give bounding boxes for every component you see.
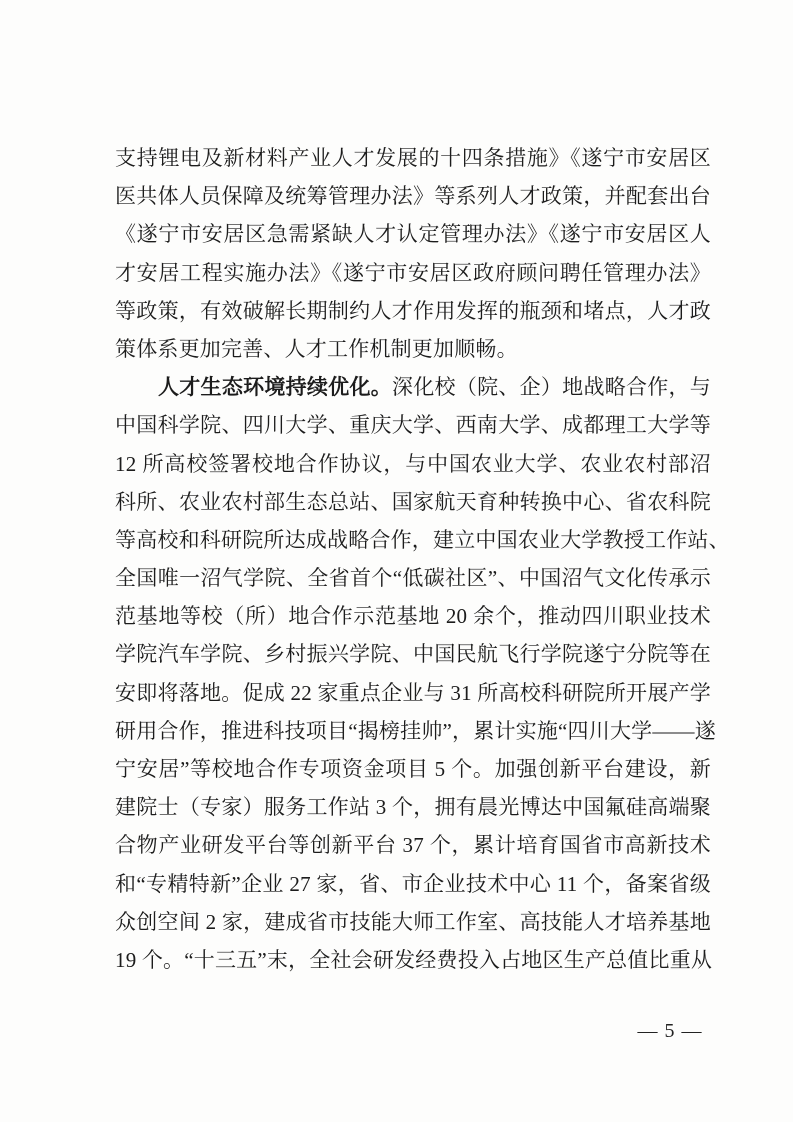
text-line-paragraph-end: 策体系更加完善、人才工作机制更加顺畅。	[115, 330, 711, 368]
document-page: 支持锂电及新材料产业人才发展的十四条措施》《遂宁市安居区 医共体人员保障及统筹管…	[0, 0, 793, 1122]
text-line: 范基地等校（所）地合作示范基地 20 余个，推动四川职业技术	[115, 597, 711, 635]
text-line: 全国唯一沼气学院、全省首个“低碳社区”、中国沼气文化传承示	[115, 559, 711, 597]
text-line: 和“专精特新”企业 27 家，省、市企业技术中心 11 个，备案省级	[115, 865, 711, 903]
text-line: 中国科学院、四川大学、重庆大学、西南大学、成都理工大学等	[115, 406, 711, 444]
text-line: 众创空间 2 家，建成省市技能大师工作室、高技能人才培养基地	[115, 903, 711, 941]
section-heading: 人才生态环境持续优化。	[158, 376, 392, 399]
text-line: 12 所高校签署校地合作协议，与中国农业大学、农业农村部沼	[115, 445, 711, 483]
text-line: 等高校和科研院所达成战略合作，建立中国农业大学教授工作站、	[115, 521, 711, 559]
text-line-paragraph-start: 人才生态环境持续优化。深化校（院、企）地战略合作，与	[115, 368, 711, 406]
text-line: 等政策，有效破解长期制约人才作用发挥的瓶颈和堵点，人才政	[115, 292, 711, 330]
text-line: 医共体人员保障及统筹管理办法》等系列人才政策，并配套出台	[115, 177, 711, 215]
text-segment: 深化校（院、企）地战略合作，与	[392, 375, 711, 399]
text-line: 研用合作，推进科技项目“揭榜挂帅”，累计实施“四川大学——遂	[115, 712, 711, 750]
text-line: 《遂宁市安居区急需紧缺人才认定管理办法》《遂宁市安居区人	[115, 215, 711, 253]
text-line: 科所、农业农村部生态总站、国家航天育种转换中心、省农科院	[115, 483, 711, 521]
text-line: 安即将落地。促成 22 家重点企业与 31 所高校科研院所开展产学	[115, 674, 711, 712]
document-body: 支持锂电及新材料产业人才发展的十四条措施》《遂宁市安居区 医共体人员保障及统筹管…	[115, 139, 711, 979]
text-line: 才安居工程实施办法》《遂宁市安居区政府顾问聘任管理办法》	[115, 254, 711, 292]
text-line: 19 个。“十三五”末，全社会研发经费投入占地区生产总值比重从	[115, 941, 711, 979]
text-line: 建院士（专家）服务工作站 3 个，拥有晨光博达中国氟硅高端聚	[115, 788, 711, 826]
text-line: 宁安居”等校地合作专项资金项目 5 个。加强创新平台建设，新	[115, 750, 711, 788]
text-line: 支持锂电及新材料产业人才发展的十四条措施》《遂宁市安居区	[115, 139, 711, 177]
text-line: 学院汽车学院、乡村振兴学院、中国民航飞行学院遂宁分院等在	[115, 635, 711, 673]
text-line: 合物产业研发平台等创新平台 37 个，累计培育国省市高新技术	[115, 826, 711, 864]
page-number: — 5 —	[630, 1017, 710, 1045]
